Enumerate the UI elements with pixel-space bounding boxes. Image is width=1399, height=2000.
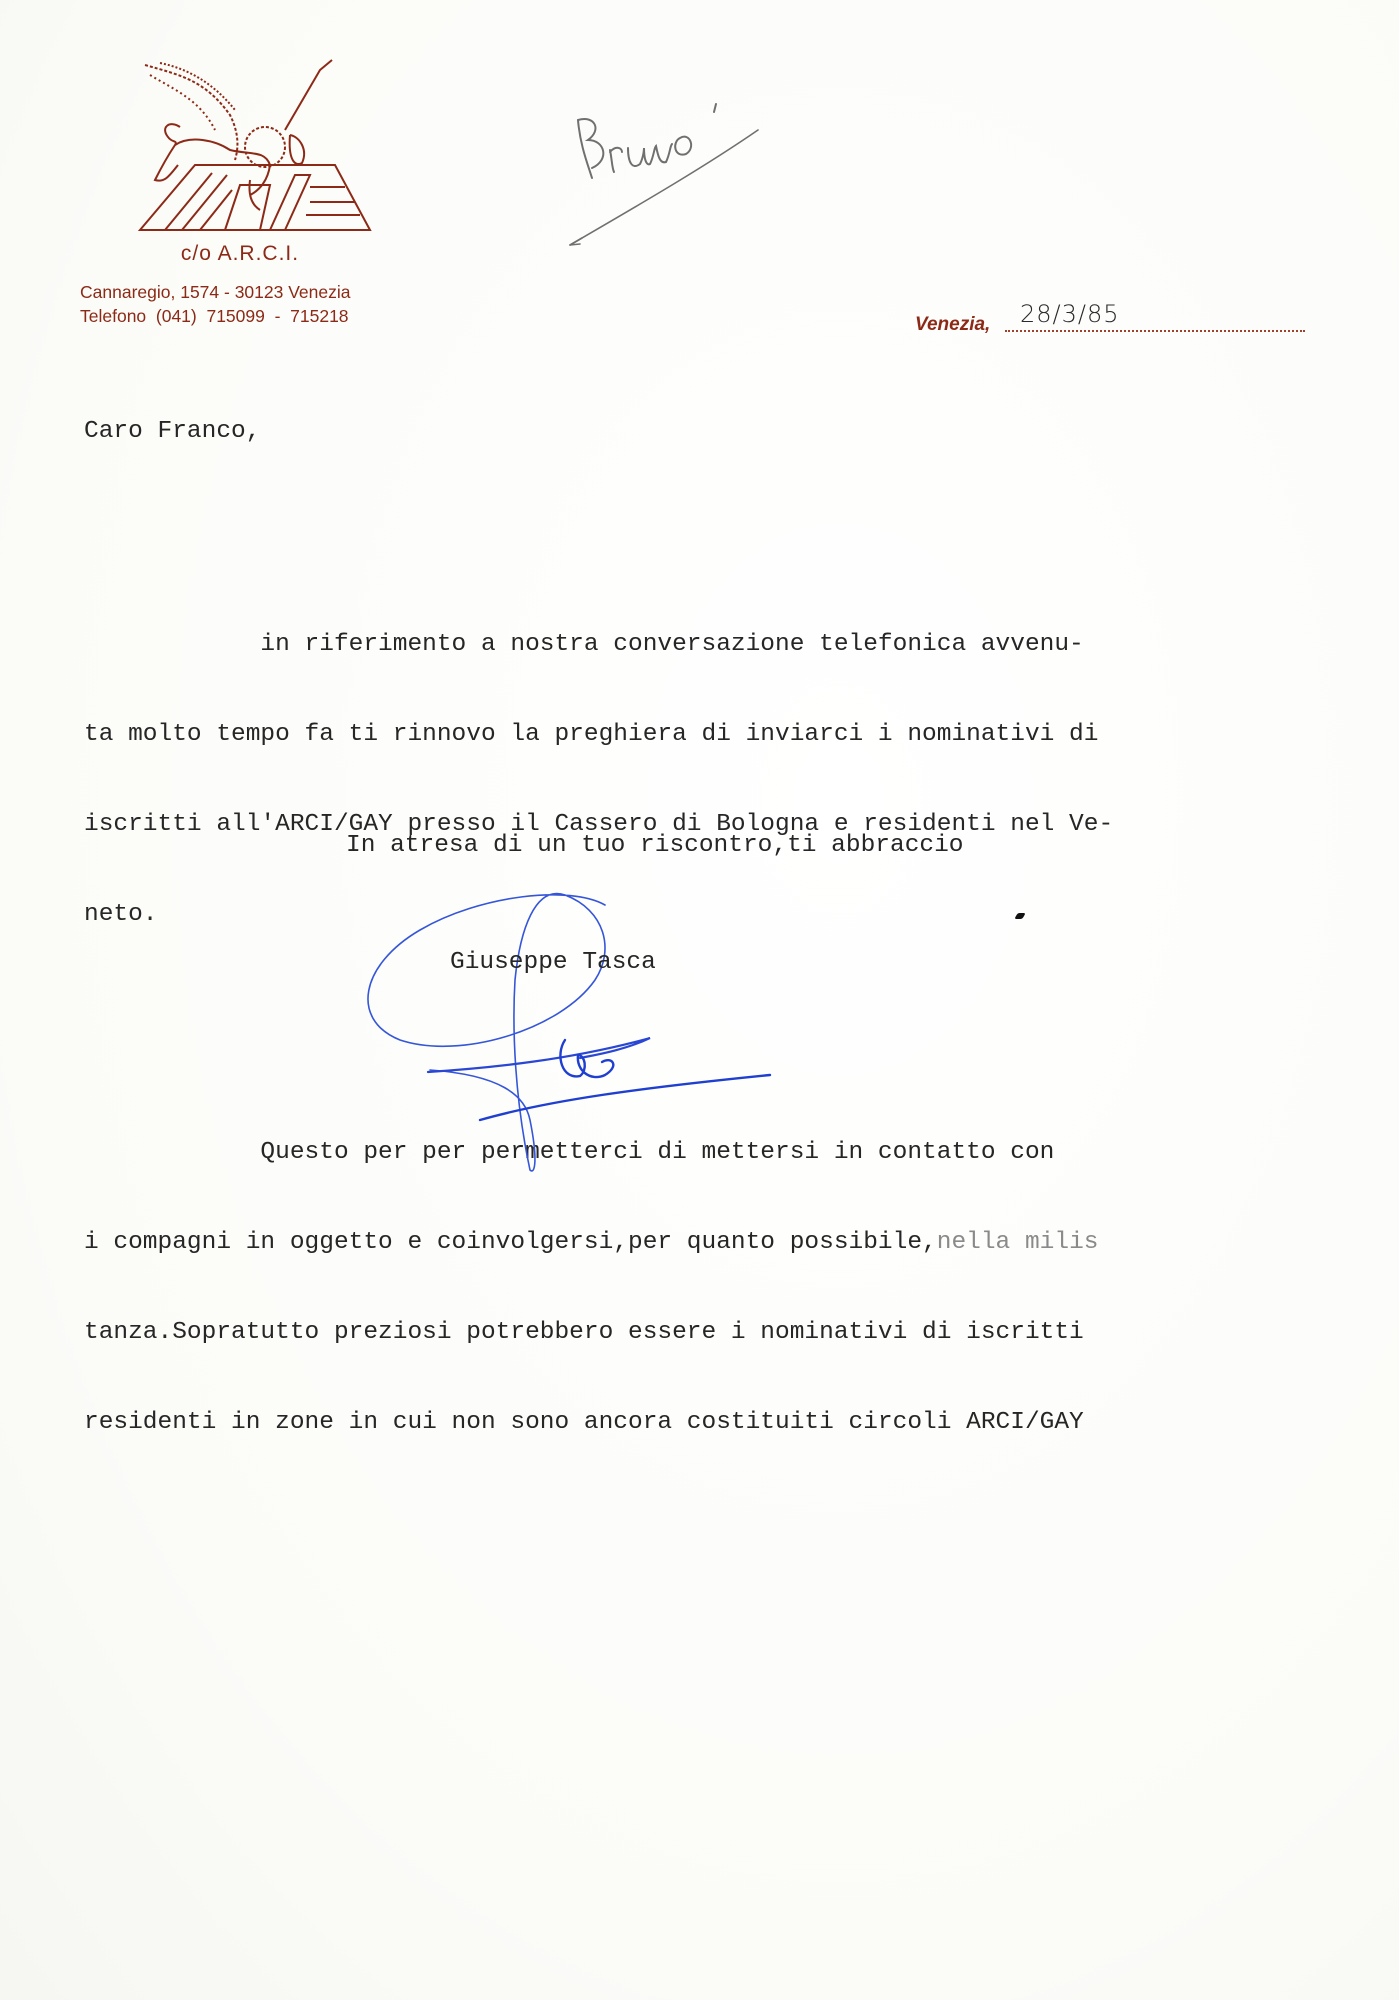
address-line: Cannaregio, 1574 - 30123 Venezia: [80, 280, 420, 304]
letter-page: c/o A.R.C.I. Cannaregio, 1574 - 30123 Ve…: [0, 0, 1399, 2000]
letterhead-address: Cannaregio, 1574 - 30123 Venezia Telefon…: [80, 280, 420, 328]
body-line: residenti in zone in cui non sono ancora…: [84, 1408, 1113, 1438]
body-line: i compagni in oggetto e coinvolgersi,per…: [84, 1228, 1113, 1258]
salutation: Caro Franco,: [84, 418, 260, 445]
signer-name: Giuseppe Tasca: [450, 949, 656, 976]
faded-typed-text: nella milis: [937, 1229, 1099, 1256]
date-city-label: Venezia,: [915, 314, 990, 336]
date-line: Venezia, 28/3/85: [915, 300, 1315, 340]
body-line: in riferimento a nostra conversazione te…: [84, 630, 1113, 660]
closing-line: In atresa di un tuo riscontro,ti abbracc…: [346, 832, 964, 859]
letter-date: 28/3/85: [1020, 300, 1120, 328]
body-line: ta molto tempo fa ti rinnovo la preghier…: [84, 720, 1113, 750]
handwritten-signature: [340, 870, 780, 1190]
body-line: tanza.Sopratutto preziosi potrebbero ess…: [84, 1318, 1113, 1348]
phone-line: Telefono (041) 715099 - 715218: [80, 304, 420, 328]
date-dotted-line: [1005, 330, 1305, 332]
handwritten-note: [540, 90, 790, 250]
body-line-text: i compagni in oggetto e coinvolgersi,per…: [84, 1229, 937, 1256]
care-of-label: c/o A.R.C.I.: [70, 242, 410, 266]
winged-lion-logo-icon: [120, 55, 380, 235]
